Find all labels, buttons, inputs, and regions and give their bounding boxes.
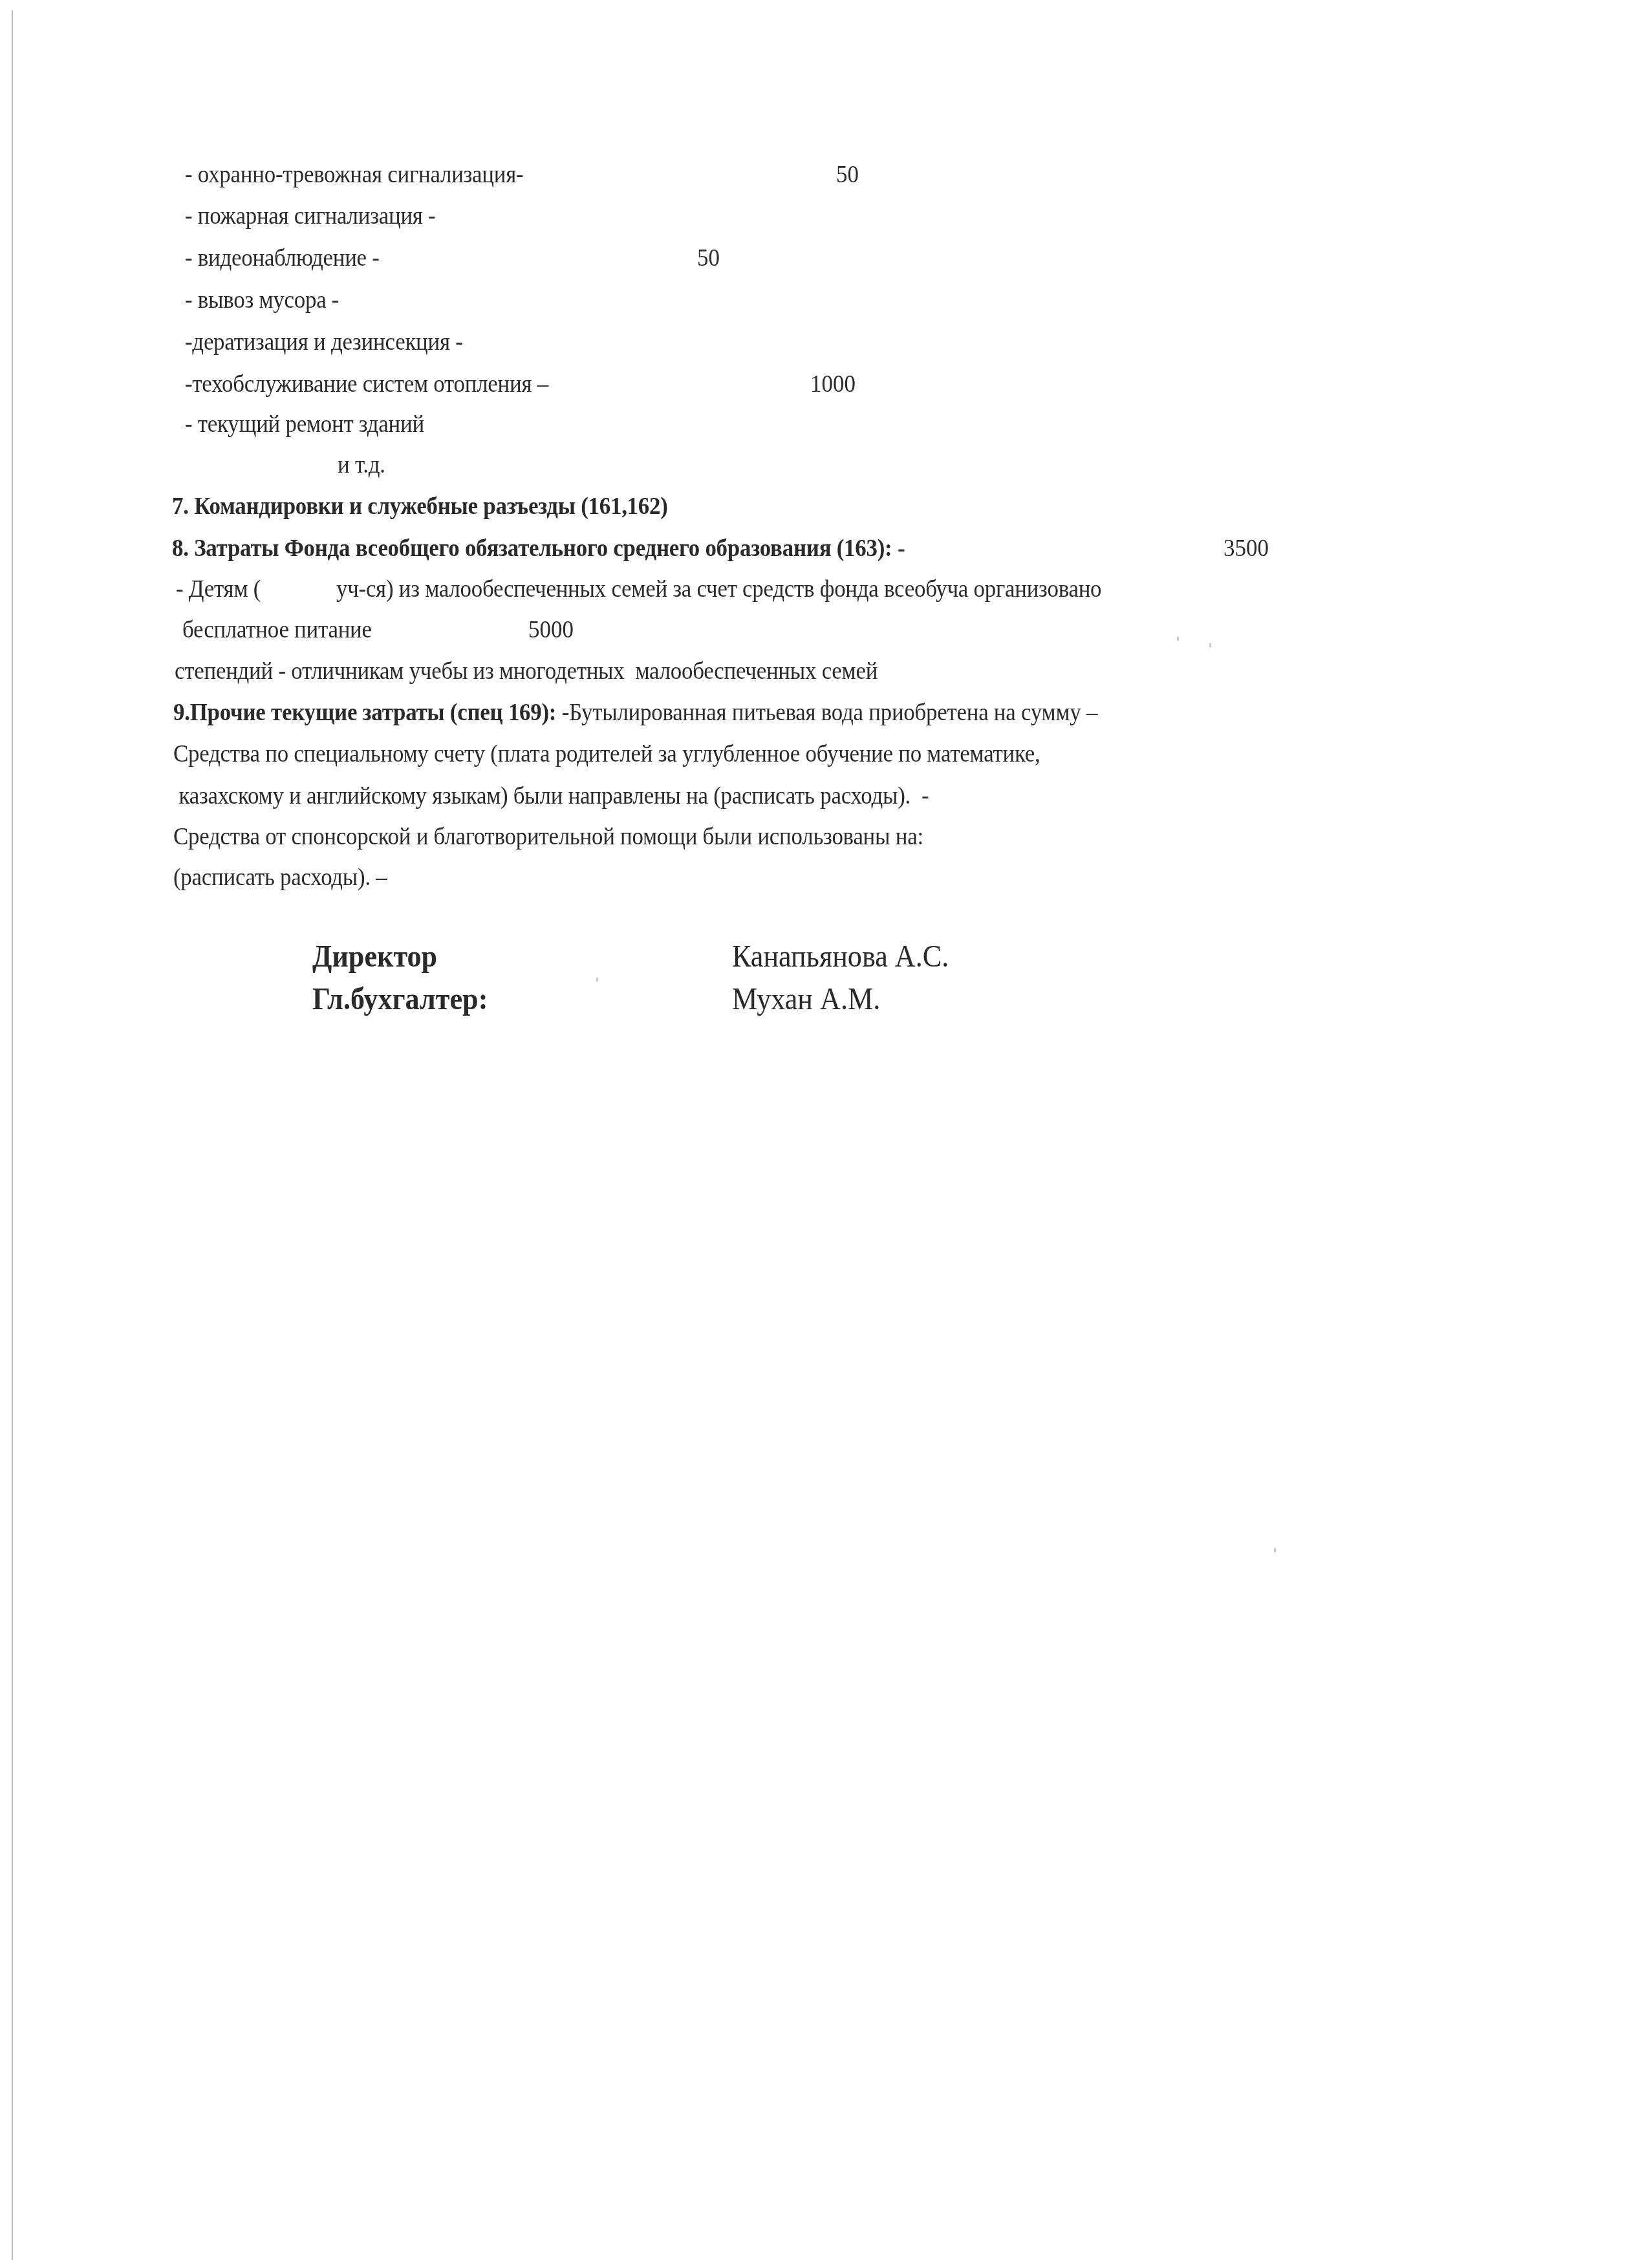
section-8-line1-prefix: - Детям ( (176, 575, 261, 603)
scan-page-edge (12, 10, 13, 2260)
service-value-heating-maintenance: 1000 (810, 370, 856, 398)
section-8-line1-rest: уч-ся) из малообеспеченных семей за счет… (336, 575, 1101, 603)
section-9-water: -Бутылированная питьевая вода приобретен… (556, 699, 1097, 726)
scan-speck (596, 978, 598, 981)
service-item-pest-control: -дератизация и дезинсекция - (185, 328, 463, 356)
signature-name-director: Канапьянова А.С. (732, 939, 949, 975)
service-value-video-surveillance: 50 (697, 244, 720, 272)
scan-speck (1274, 1548, 1276, 1552)
section-9-languages: казахскому и английскому языкам) были на… (173, 782, 929, 810)
section-8-heading: 8. Затраты Фонда всеобщего обязательного… (172, 534, 905, 562)
section-9-sponsorship: Средства от спонсорской и благотворитель… (173, 822, 923, 851)
service-item-fire-alarm: - пожарная сигнализация - (185, 202, 435, 230)
section-9-special-account: Средства по специальному счету (плата ро… (173, 740, 1040, 768)
section-8-scholarships: степендий - отличникам учебы из многодет… (175, 657, 878, 685)
service-item-security-alarm: - охранно-тревожная сигнализация- (185, 160, 523, 189)
service-item-garbage-removal: - вывоз мусора - (185, 286, 339, 314)
section-8-meals-label: бесплатное питание (182, 615, 372, 644)
section-9-line1: 9.Прочие текущие затраты (спец 169): -Бу… (173, 698, 1097, 727)
scan-speck (1209, 643, 1211, 647)
scan-speck (1177, 637, 1179, 641)
service-item-building-repair: - текущий ремонт зданий (185, 410, 424, 438)
signature-name-chief-accountant: Мухан А.М. (732, 981, 880, 1018)
service-value-security-alarm: 50 (836, 160, 859, 189)
section-8-value: 3500 (1223, 534, 1269, 562)
services-etc: и т.д. (338, 451, 385, 479)
section-9-heading: 9.Прочие текущие затраты (спец 169): (173, 699, 556, 726)
signature-role-chief-accountant: Гл.бухгалтер: (312, 981, 488, 1018)
service-item-video-surveillance: - видеонаблюдение - (185, 244, 380, 272)
service-item-heating-maintenance: -техобслуживание систем отопления – (185, 370, 548, 398)
section-8-meals-value: 5000 (528, 615, 574, 644)
section-7-heading: 7. Командировки и служебные разъезды (16… (172, 492, 668, 520)
section-9-expenses: (расписать расходы). – (173, 863, 387, 892)
signature-role-director: Директор (312, 939, 437, 975)
